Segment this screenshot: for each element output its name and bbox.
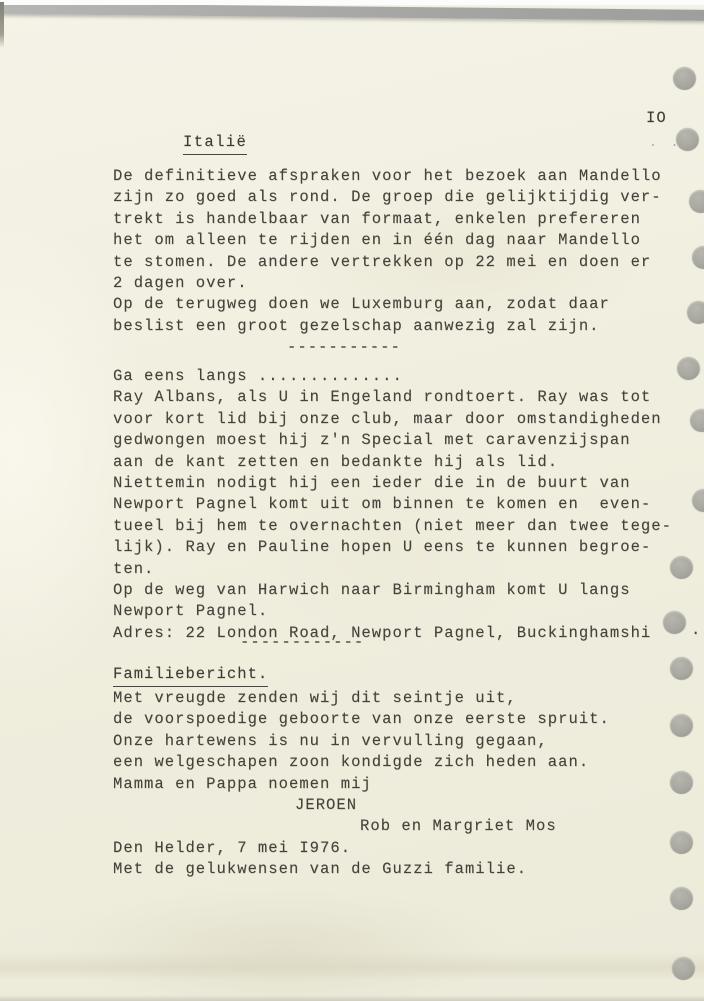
- text-line: tueel bij hem te overnachten (niet meer …: [113, 516, 672, 537]
- text-line: Met de gelukwensen van de Guzzi familie.: [113, 859, 610, 880]
- divider-line: ------------: [240, 632, 364, 653]
- text-line: gedwongen moest hij z'n Special met cara…: [113, 430, 672, 451]
- page-number: IO: [646, 108, 667, 129]
- text-line: de voorspoedige geboorte van onze eerste…: [113, 709, 610, 730]
- text-line: Ga eens langs ..............: [113, 366, 672, 387]
- section-heading-familiebericht: Familiebericht.: [113, 664, 268, 687]
- punch-hole: [670, 657, 693, 680]
- punch-hole: [670, 714, 693, 737]
- punch-hole: [677, 357, 700, 380]
- text-line: te stomen. De andere vertrekken op 22 me…: [113, 252, 662, 273]
- punch-hole: [670, 771, 693, 794]
- text-line: Met vreugde zenden wij dit seintje uit,: [113, 688, 610, 709]
- punch-hole: [687, 301, 704, 324]
- punch-hole: [690, 409, 704, 432]
- punch-hole: [670, 887, 693, 910]
- paragraph-ga-eens-langs: Ga eens langs ..............Ray Albans, …: [113, 366, 672, 644]
- text-line: Op de terugweg doen we Luxemburg aan, zo…: [113, 294, 662, 315]
- text-line: Op de weg van Harwich naar Birmingham ko…: [113, 580, 672, 601]
- section-heading-italie: Italië: [183, 132, 247, 155]
- text-line: Newport Pagnel komt uit om binnen te kom…: [113, 494, 672, 515]
- text-line: Ray Albans, als U in Engeland rondtoert.…: [113, 387, 672, 408]
- document-page: IO . . Italië De definitieve afspraken v…: [0, 0, 704, 1001]
- paragraph-italie: De definitieve afspraken voor het bezoek…: [113, 166, 662, 337]
- punch-hole: [689, 190, 704, 213]
- text-line: Den Helder, 7 mei I976.: [113, 838, 610, 859]
- text-line: JEROEN: [113, 795, 610, 816]
- text-line: Niettemin nodigt hij een ieder die in de…: [113, 473, 672, 494]
- punch-hole: [670, 831, 693, 854]
- page-top-edge-shadow: [0, 3, 704, 21]
- text-line: het om alleen te rijden en in één dag na…: [113, 230, 662, 251]
- scan-left-edge-mark: [0, 2, 4, 48]
- text-line: voor kort lid bij onze club, maar door o…: [113, 409, 672, 430]
- text-line: Mamma en Pappa noemen mij: [113, 774, 610, 795]
- scan-top-strip: [0, 0, 704, 5]
- page-bottom-edge: [0, 995, 704, 1001]
- punch-hole: [673, 67, 696, 90]
- paragraph-familiebericht: Met vreugde zenden wij dit seintje uit,d…: [113, 688, 610, 881]
- page-bottom-shading: [0, 951, 704, 981]
- text-line: ten.: [113, 559, 672, 580]
- text-line: Rob en Margriet Mos: [113, 816, 610, 837]
- text-line: Newport Pagnel.: [113, 601, 672, 622]
- text-line: De definitieve afspraken voor het bezoek…: [113, 166, 662, 187]
- punch-hole: [672, 957, 695, 980]
- text-line: lijk). Ray en Pauline hopen U eens te ku…: [113, 537, 672, 558]
- divider-line: -----------: [287, 337, 401, 358]
- punch-hole: [692, 246, 704, 269]
- text-line: een welgeschapen zoon kondigde zich hede…: [113, 752, 610, 773]
- text-line: zijn zo goed als rond. De groep die geli…: [113, 187, 662, 208]
- text-line: beslist een groot gezelschap aanwezig za…: [113, 316, 662, 337]
- text-line: Adres: 22 London Road, Newport Pagnel, B…: [113, 623, 672, 644]
- text-line: 2 dagen over.: [113, 273, 662, 294]
- punch-hole: [692, 489, 704, 512]
- punch-hole: [663, 611, 686, 634]
- punch-hole: [676, 128, 699, 151]
- text-line: Onze hartewens is nu in vervulling gegaa…: [113, 731, 610, 752]
- adres-trailing-period: .: [691, 620, 701, 641]
- text-line: aan de kant zetten en bedankte hij als l…: [113, 452, 672, 473]
- text-line: trekt is handelbaar van formaat, enkelen…: [113, 209, 662, 230]
- punch-hole: [670, 556, 693, 579]
